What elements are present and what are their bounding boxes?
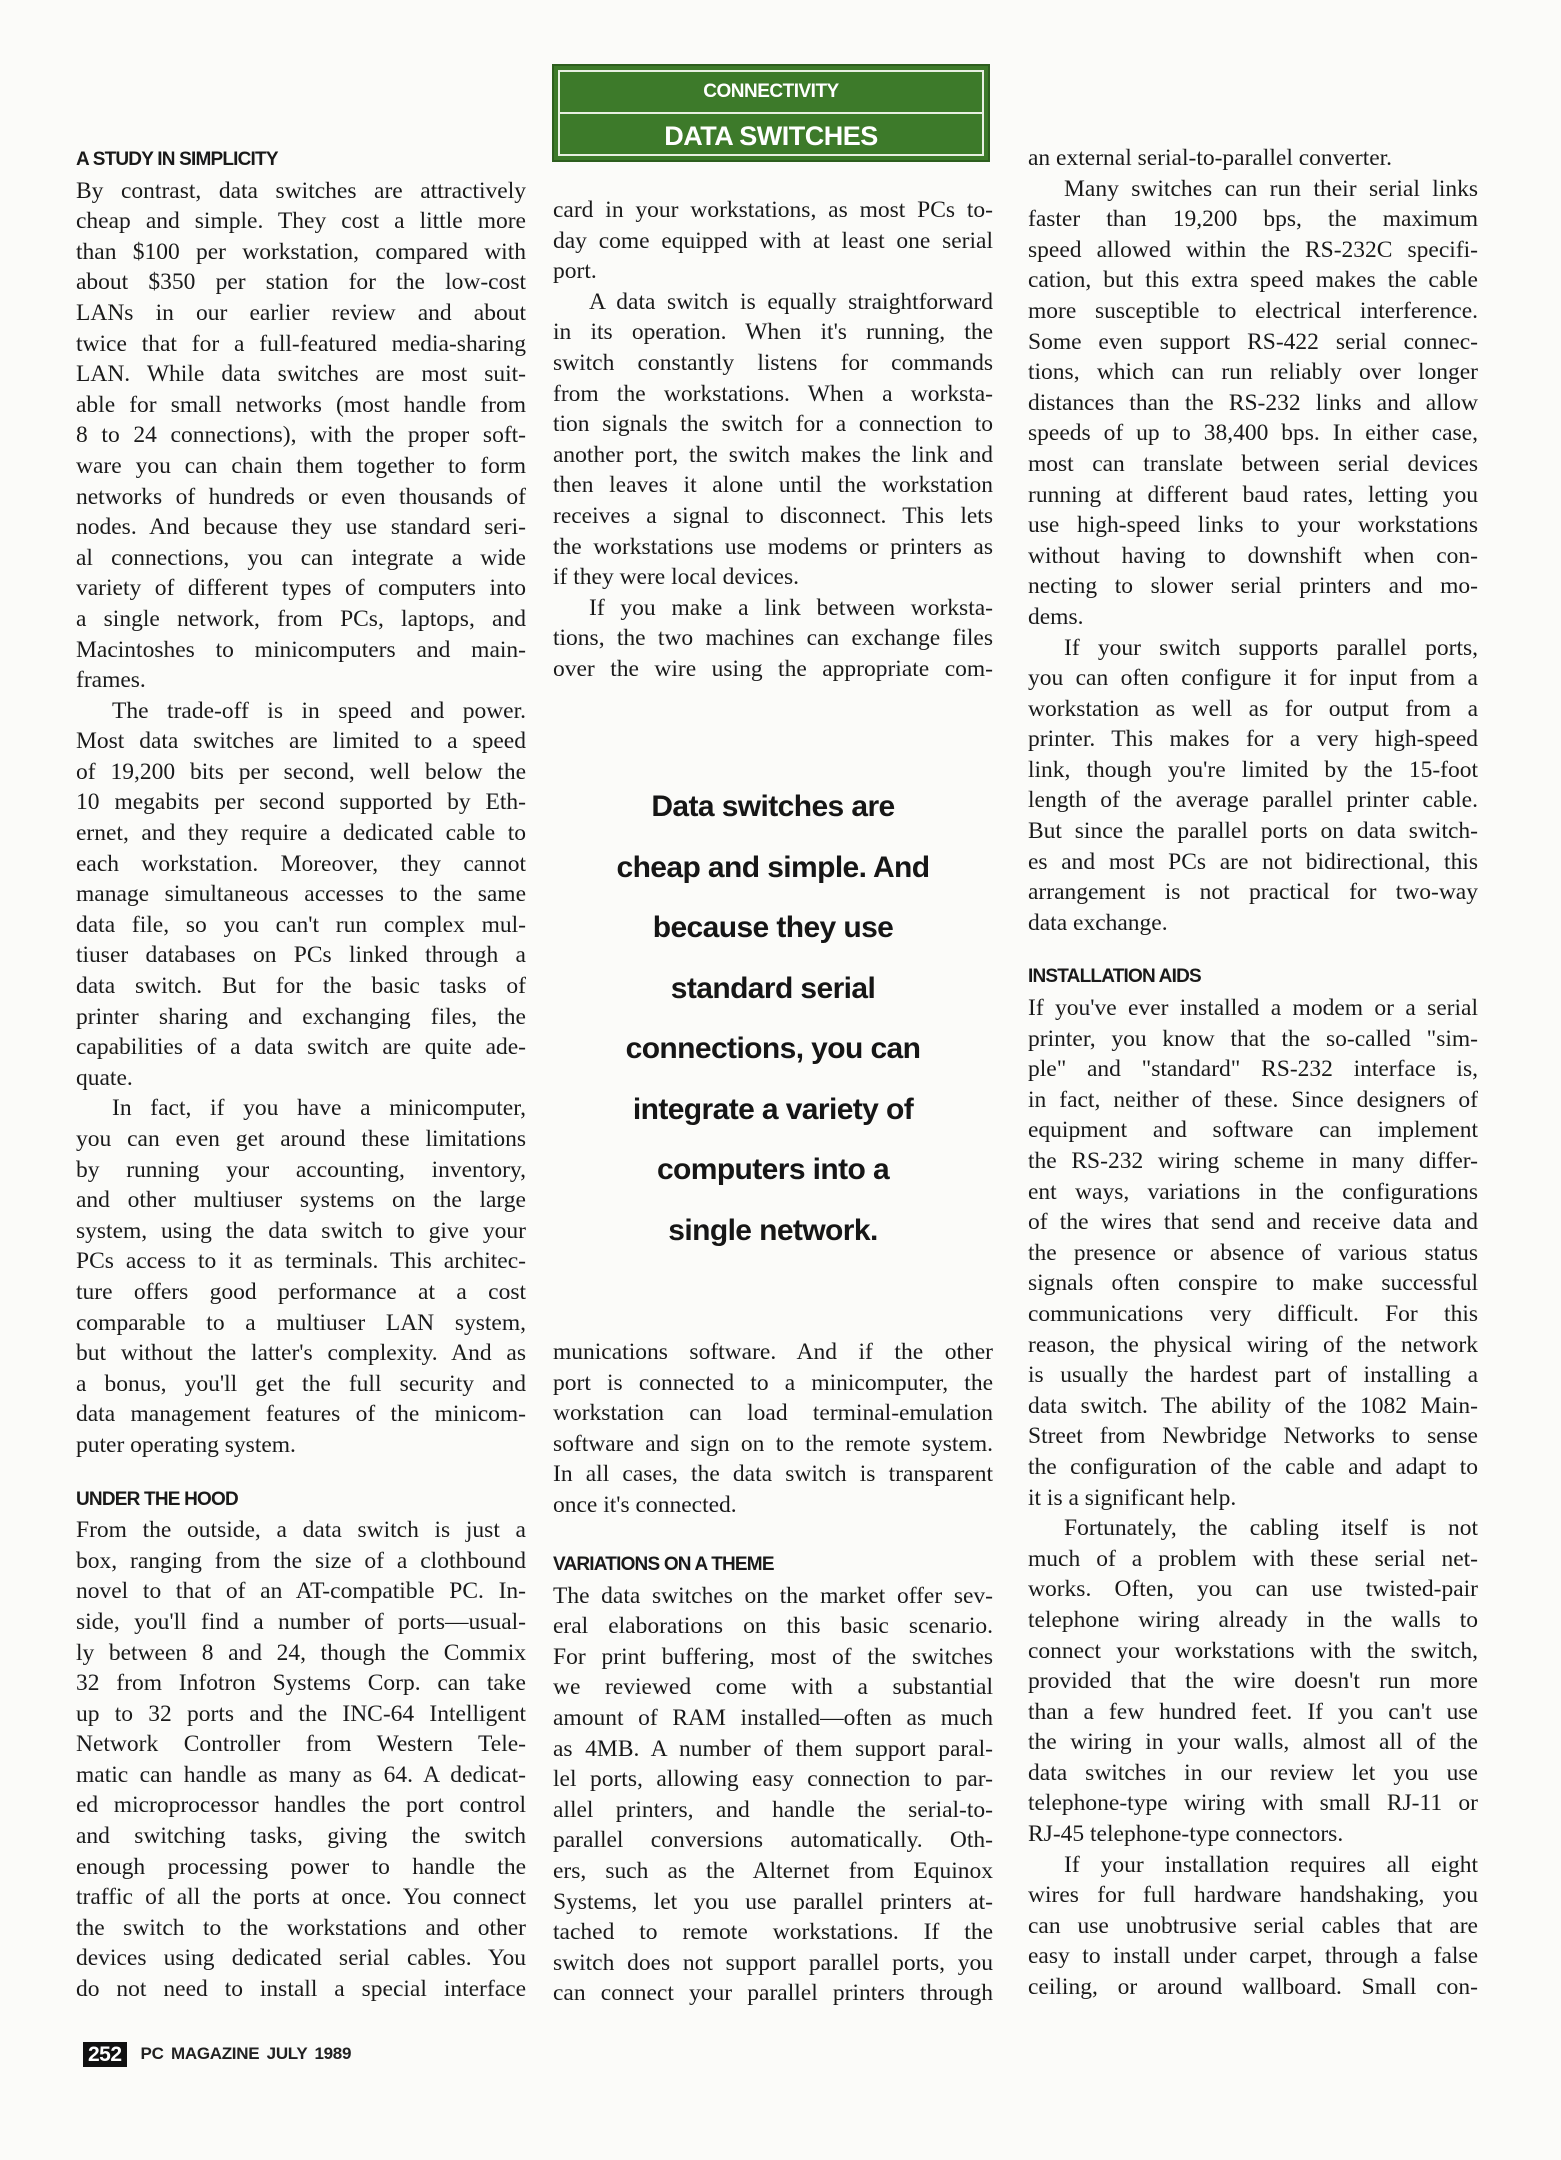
text-line: we reviewed come with a substantial bbox=[553, 1672, 993, 1703]
text-line: ent ways, variations in the configuratio… bbox=[1028, 1177, 1478, 1208]
column-2-middle: munications software. And if the otherpo… bbox=[553, 1337, 993, 1521]
text-line: data switch. The ability of the 1082 Mai… bbox=[1028, 1391, 1478, 1422]
paragraph-group: If you've ever installed a modem or a se… bbox=[1028, 993, 1478, 2003]
text-line: box, ranging from the size of a clothbou… bbox=[76, 1546, 526, 1577]
text-line: ceiling, or around wallboard. Small con- bbox=[1028, 1972, 1478, 2003]
heading-spacer bbox=[1028, 938, 1478, 962]
text-line: once it's connected. bbox=[553, 1490, 993, 1521]
text-line: the switch to the workstations and other bbox=[76, 1913, 526, 1944]
text-line: es and most PCs are not bidirectional, t… bbox=[1028, 847, 1478, 878]
pull-quote-line: single network. bbox=[553, 1201, 993, 1262]
text-line: day come equipped with at least one seri… bbox=[553, 226, 993, 257]
text-line: and other multiuser systems on the large bbox=[76, 1185, 526, 1216]
text-line: printer. This makes for a very high-spee… bbox=[1028, 724, 1478, 755]
text-line: another port, the switch makes the link … bbox=[553, 440, 993, 471]
text-line: reason, the physical wiring of the netwo… bbox=[1028, 1330, 1478, 1361]
text-line: ly between 8 and 24, though the Commix bbox=[76, 1638, 526, 1669]
kicker-section-label: CONNECTIVITY bbox=[560, 72, 982, 112]
text-line: al connections, you can integrate a wide bbox=[76, 543, 526, 574]
section-kicker: CONNECTIVITY DATA SWITCHES bbox=[552, 64, 990, 162]
text-line: of the wires that send and receive data … bbox=[1028, 1207, 1478, 1238]
heading-spacer bbox=[76, 1461, 526, 1485]
text-line: data switch. But for the basic tasks of bbox=[76, 971, 526, 1002]
text-line: an external serial-to-parallel converter… bbox=[1028, 143, 1478, 174]
text-line: distances than the RS-232 links and allo… bbox=[1028, 388, 1478, 419]
text-line: by running your accounting, inventory, bbox=[76, 1155, 526, 1186]
text-line: ture offers good performance at a cost bbox=[76, 1277, 526, 1308]
text-line: comparable to a multiuser LAN system, bbox=[76, 1308, 526, 1339]
text-line: In fact, if you have a minicomputer, bbox=[76, 1093, 526, 1124]
text-line: allel printers, and handle the serial-to… bbox=[553, 1795, 993, 1826]
text-line: manage simultaneous accesses to the same bbox=[76, 879, 526, 910]
text-line: but without the latter's complexity. And… bbox=[76, 1338, 526, 1369]
text-line: switch constantly listens for commands bbox=[553, 348, 993, 379]
text-line: running at different baud rates, letting… bbox=[1028, 480, 1478, 511]
text-line: the workstations use modems or printers … bbox=[553, 532, 993, 563]
pull-quote-line: because they use bbox=[553, 898, 993, 959]
pull-quote: Data switches arecheap and simple. Andbe… bbox=[553, 777, 993, 1261]
text-line: Some even support RS-422 serial connec- bbox=[1028, 327, 1478, 358]
text-line: side, you'll find a number of ports—usua… bbox=[76, 1607, 526, 1638]
text-line: about $350 per station for the low-cost bbox=[76, 267, 526, 298]
text-line: Many switches can run their serial links bbox=[1028, 174, 1478, 205]
text-line: tions, the two machines can exchange fil… bbox=[553, 623, 993, 654]
text-line: much of a problem with these serial net- bbox=[1028, 1544, 1478, 1575]
text-line: you can often configure it for input fro… bbox=[1028, 663, 1478, 694]
text-line: in its operation. When it's running, the bbox=[553, 317, 993, 348]
text-line: more susceptible to electrical interfere… bbox=[1028, 296, 1478, 327]
text-line: if they were local devices. bbox=[553, 562, 993, 593]
text-line: 32 from Infotron Systems Corp. can take bbox=[76, 1668, 526, 1699]
text-line: as 4MB. A number of them support paral- bbox=[553, 1734, 993, 1765]
text-line: tion signals the switch for a connection… bbox=[553, 409, 993, 440]
text-line: printer sharing and exchanging files, th… bbox=[76, 1002, 526, 1033]
text-line: Systems, let you use parallel printers a… bbox=[553, 1887, 993, 1918]
text-line: Most data switches are limited to a spee… bbox=[76, 726, 526, 757]
text-line: from the workstations. When a worksta- bbox=[553, 379, 993, 410]
text-line: tached to remote workstations. If the bbox=[553, 1917, 993, 1948]
text-line: the presence or absence of various statu… bbox=[1028, 1238, 1478, 1269]
text-line: PCs access to it as terminals. This arch… bbox=[76, 1246, 526, 1277]
text-line: workstation as well as for output from a bbox=[1028, 694, 1478, 725]
text-line: faster than 19,200 bps, the maximum bbox=[1028, 204, 1478, 235]
text-line: the wiring in your walls, almost all of … bbox=[1028, 1727, 1478, 1758]
text-line: than $100 per workstation, compared with bbox=[76, 237, 526, 268]
text-line: of 19,200 bits per second, well below th… bbox=[76, 757, 526, 788]
text-line: ed microprocessor handles the port contr… bbox=[76, 1790, 526, 1821]
page-number: 252 bbox=[83, 2042, 127, 2067]
text-line: you can even get around these limitation… bbox=[76, 1124, 526, 1155]
text-line: A data switch is equally straightforward bbox=[553, 287, 993, 318]
text-line: data management features of the minicom- bbox=[76, 1399, 526, 1430]
paragraph-group: From the outside, a data switch is just … bbox=[76, 1515, 526, 2005]
text-line: LAN. While data switches are most suit- bbox=[76, 359, 526, 390]
pull-quote-line: Data switches are bbox=[553, 777, 993, 838]
text-line: telephone-type wiring with small RJ-11 o… bbox=[1028, 1788, 1478, 1819]
text-line: wires for full hardware handshaking, you bbox=[1028, 1880, 1478, 1911]
text-line: arrangement is not practical for two-way bbox=[1028, 877, 1478, 908]
column-2-top: card in your workstations, as most PCs t… bbox=[553, 195, 993, 685]
text-line: lel ports, allowing easy connection to p… bbox=[553, 1764, 993, 1795]
section-heading-under-the-hood: UNDER THE HOOD bbox=[76, 1485, 526, 1516]
text-line: Fortunately, the cabling itself is not bbox=[1028, 1513, 1478, 1544]
text-line: enough processing power to handle the bbox=[76, 1852, 526, 1883]
text-line: telephone wiring already in the walls to bbox=[1028, 1605, 1478, 1636]
text-line: ple" and "standard" RS-232 interface is, bbox=[1028, 1054, 1478, 1085]
text-line: speeds of up to 38,400 bps. In either ca… bbox=[1028, 418, 1478, 449]
text-line: capabilities of a data switch are quite … bbox=[76, 1032, 526, 1063]
text-line: than a few hundred feet. If you can't us… bbox=[1028, 1697, 1478, 1728]
column-3: an external serial-to-parallel converter… bbox=[1028, 143, 1478, 2003]
text-line: dems. bbox=[1028, 602, 1478, 633]
text-line: a single network, from PCs, laptops, and bbox=[76, 604, 526, 635]
text-line: twice that for a full-featured media-sha… bbox=[76, 329, 526, 360]
text-line: use high-speed links to your workstation… bbox=[1028, 510, 1478, 541]
text-line: amount of RAM installed—often as much bbox=[553, 1703, 993, 1734]
text-line: data switches in our review let you use bbox=[1028, 1758, 1478, 1789]
text-line: For print buffering, most of the switche… bbox=[553, 1642, 993, 1673]
text-line: communications very difficult. For this bbox=[1028, 1299, 1478, 1330]
text-line: quate. bbox=[76, 1063, 526, 1094]
text-line: parallel conversions automatically. Oth- bbox=[553, 1825, 993, 1856]
text-line: In all cases, the data switch is transpa… bbox=[553, 1459, 993, 1490]
text-line: 8 to 24 connections), with the proper so… bbox=[76, 420, 526, 451]
text-line: connect your workstations with the switc… bbox=[1028, 1636, 1478, 1667]
text-line: easy to install under carpet, through a … bbox=[1028, 1941, 1478, 1972]
section-heading-variations-on-a-theme: VARIATIONS ON A THEME bbox=[553, 1550, 993, 1581]
text-line: matic can handle as many as 64. A dedica… bbox=[76, 1760, 526, 1791]
text-line: provided that the wire doesn't run more bbox=[1028, 1666, 1478, 1697]
text-line: eral elaborations on this basic scenario… bbox=[553, 1611, 993, 1642]
text-line: 10 megabits per second supported by Eth- bbox=[76, 787, 526, 818]
text-line: LANs in our earlier review and about bbox=[76, 298, 526, 329]
text-line: ware you can chain them together to form bbox=[76, 451, 526, 482]
text-line: without having to downshift when con- bbox=[1028, 541, 1478, 572]
text-line: Macintoshes to minicomputers and main- bbox=[76, 635, 526, 666]
text-line: in fact, neither of these. Since designe… bbox=[1028, 1085, 1478, 1116]
text-line: If you've ever installed a modem or a se… bbox=[1028, 993, 1478, 1024]
text-line: But since the parallel ports on data swi… bbox=[1028, 816, 1478, 847]
section-heading-installation-aids: INSTALLATION AIDS bbox=[1028, 962, 1478, 993]
text-line: can use unobtrusive serial cables that a… bbox=[1028, 1911, 1478, 1942]
text-line: card in your workstations, as most PCs t… bbox=[553, 195, 993, 226]
paragraph-group: By contrast, data switches are attractiv… bbox=[76, 176, 526, 1461]
text-line: up to 32 ports and the INC-64 Intelligen… bbox=[76, 1699, 526, 1730]
text-line: each workstation. Moreover, they cannot bbox=[76, 849, 526, 880]
text-line: receives a signal to disconnect. This le… bbox=[553, 501, 993, 532]
text-line: do not need to install a special interfa… bbox=[76, 1974, 526, 2005]
text-line: If you make a link between worksta- bbox=[553, 593, 993, 624]
kicker-frame: CONNECTIVITY DATA SWITCHES bbox=[558, 70, 984, 156]
text-line: novel to that of an AT-compatible PC. In… bbox=[76, 1576, 526, 1607]
text-line: nodes. And because they use standard ser… bbox=[76, 512, 526, 543]
text-line: over the wire using the appropriate com- bbox=[553, 654, 993, 685]
text-line: then leaves it alone until the workstati… bbox=[553, 470, 993, 501]
text-line: frames. bbox=[76, 665, 526, 696]
text-line: link, though you're limited by the 15-fo… bbox=[1028, 755, 1478, 786]
text-line: workstation can load terminal-emulation bbox=[553, 1398, 993, 1429]
text-line: can connect your parallel printers throu… bbox=[553, 1978, 993, 2009]
column-1: A STUDY IN SIMPLICITY By contrast, data … bbox=[76, 145, 526, 2005]
text-line: tions, which can run reliably over longe… bbox=[1028, 357, 1478, 388]
text-line: able for small networks (most handle fro… bbox=[76, 390, 526, 421]
text-line: switch does not support parallel ports, … bbox=[553, 1948, 993, 1979]
text-line: tiuser databases on PCs linked through a bbox=[76, 940, 526, 971]
text-line: variety of different types of computers … bbox=[76, 573, 526, 604]
text-line: RJ-45 telephone-type connectors. bbox=[1028, 1819, 1478, 1850]
pull-quote-line: connections, you can bbox=[553, 1019, 993, 1080]
pull-quote-line: computers into a bbox=[553, 1140, 993, 1201]
text-line: Street from Newbridge Networks to sense bbox=[1028, 1421, 1478, 1452]
text-line: and switching tasks, giving the switch bbox=[76, 1821, 526, 1852]
text-line: If your switch supports parallel ports, bbox=[1028, 633, 1478, 664]
text-line: the RS-232 wiring scheme in many differ- bbox=[1028, 1146, 1478, 1177]
pull-quote-line: cheap and simple. And bbox=[553, 838, 993, 899]
text-line: devices using dedicated serial cables. Y… bbox=[76, 1943, 526, 1974]
pull-quote-line: integrate a variety of bbox=[553, 1080, 993, 1141]
text-line: The trade-off is in speed and power. bbox=[76, 696, 526, 727]
text-line: necting to slower serial printers and mo… bbox=[1028, 571, 1478, 602]
section-heading-study-in-simplicity: A STUDY IN SIMPLICITY bbox=[76, 145, 526, 176]
pull-quote-line: standard serial bbox=[553, 959, 993, 1020]
text-line: networks of hundreds or even thousands o… bbox=[76, 482, 526, 513]
kicker-title: DATA SWITCHES bbox=[560, 114, 982, 158]
text-line: data file, so you can't run complex mul- bbox=[76, 910, 526, 941]
text-line: equipment and software can implement bbox=[1028, 1115, 1478, 1146]
text-line: data exchange. bbox=[1028, 908, 1478, 939]
page-footer: 252 PC MAGAZINE JULY 1989 bbox=[83, 2041, 351, 2067]
text-line: munications software. And if the other bbox=[553, 1337, 993, 1368]
text-line: printer, you know that the so-called "si… bbox=[1028, 1024, 1478, 1055]
text-line: ers, such as the Alternet from Equinox bbox=[553, 1856, 993, 1887]
text-line: puter operating system. bbox=[76, 1430, 526, 1461]
text-line: signals often conspire to make successfu… bbox=[1028, 1268, 1478, 1299]
publication-line: PC MAGAZINE JULY 1989 bbox=[141, 2044, 352, 2064]
text-line: software and sign on to the remote syste… bbox=[553, 1429, 993, 1460]
text-line: most can translate between serial device… bbox=[1028, 449, 1478, 480]
text-line: the configuration of the cable and adapt… bbox=[1028, 1452, 1478, 1483]
text-line: works. Often, you can use twisted-pair bbox=[1028, 1574, 1478, 1605]
text-line: cheap and simple. They cost a little mor… bbox=[76, 206, 526, 237]
text-line: The data switches on the market offer se… bbox=[553, 1581, 993, 1612]
text-line: cation, but this extra speed makes the c… bbox=[1028, 265, 1478, 296]
text-line: port is connected to a minicomputer, the bbox=[553, 1368, 993, 1399]
text-line: it is a significant help. bbox=[1028, 1483, 1478, 1514]
text-line: traffic of all the ports at once. You co… bbox=[76, 1882, 526, 1913]
text-line: From the outside, a data switch is just … bbox=[76, 1515, 526, 1546]
text-line: If your installation requires all eight bbox=[1028, 1850, 1478, 1881]
text-line: port. bbox=[553, 256, 993, 287]
text-line: ernet, and they require a dedicated cabl… bbox=[76, 818, 526, 849]
paragraph-group: an external serial-to-parallel converter… bbox=[1028, 143, 1478, 938]
text-line: system, using the data switch to give yo… bbox=[76, 1216, 526, 1247]
text-line: length of the average parallel printer c… bbox=[1028, 785, 1478, 816]
text-line: speed allowed within the RS-232C specifi… bbox=[1028, 235, 1478, 266]
text-line: By contrast, data switches are attractiv… bbox=[76, 176, 526, 207]
paragraph-group: The data switches on the market offer se… bbox=[553, 1581, 993, 2009]
text-line: is usually the hardest part of installin… bbox=[1028, 1360, 1478, 1391]
column-2-bottom: VARIATIONS ON A THEME The data switches … bbox=[553, 1550, 993, 2009]
text-line: a bonus, you'll get the full security an… bbox=[76, 1369, 526, 1400]
text-line: Network Controller from Western Tele- bbox=[76, 1729, 526, 1760]
